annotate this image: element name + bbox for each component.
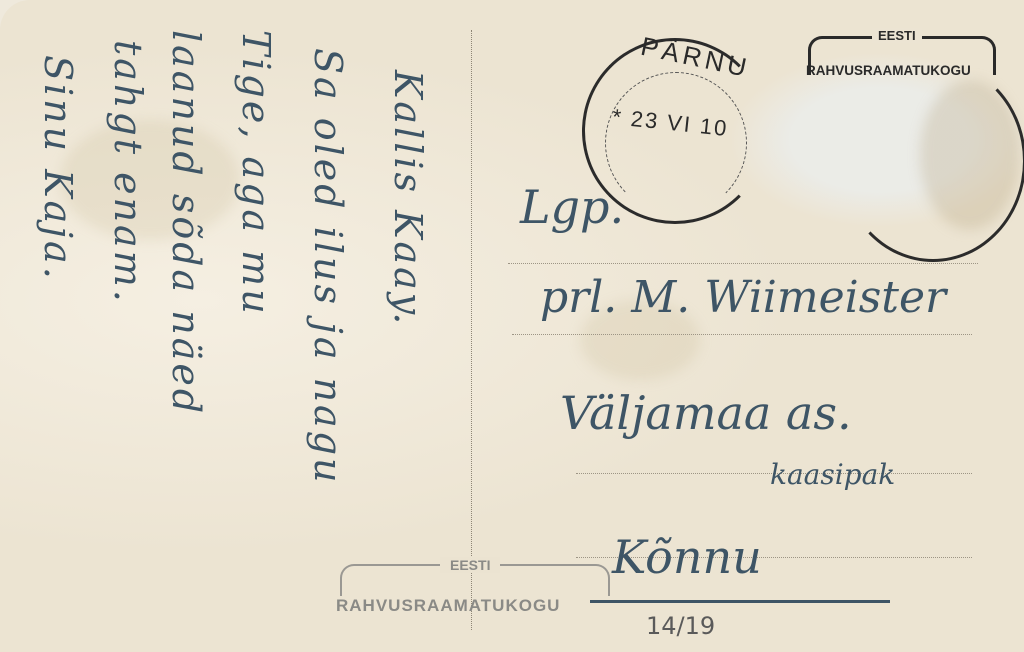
message-line-6: Sinu Kaja.: [36, 55, 80, 282]
message-line-4: laanud sõda näed: [164, 30, 208, 416]
library-stamp-country: EESTI: [872, 28, 922, 43]
address-salutation: Lgp.: [520, 180, 624, 234]
city-underline: [590, 600, 890, 603]
center-divider: [471, 30, 472, 630]
library-stamp-bottom-name: RAHVUSRAAMATUKOGU: [336, 596, 560, 616]
archive-number: 14/19: [646, 612, 715, 640]
postmark-inner-ring: [605, 72, 747, 214]
message-line-3: Tige, aga mu: [234, 30, 278, 317]
message-line-2: Sa oled ilus ja nagu: [306, 48, 350, 486]
address-recipient: prl. M. Wiimeister: [540, 272, 946, 323]
library-stamp-name: RAHVUSRAAMATUKOGU: [806, 63, 971, 78]
message-line-1: Kallis Kaay.: [386, 70, 430, 327]
library-stamp-bottom-country: EESTI: [440, 557, 500, 573]
address-sub-street: kaasipak: [770, 458, 895, 491]
address-line: [512, 334, 972, 335]
message-line-5: tahgt enam.: [106, 40, 150, 305]
address-street: Väljamaa as.: [560, 386, 852, 440]
postcard-back: Kallis Kaay. Sa oled ilus ja nagu Tige, …: [0, 0, 1024, 652]
paper-stain: [60, 120, 240, 240]
address-city: Kõnnu: [612, 530, 762, 584]
address-line: [508, 263, 978, 264]
postmark-second: [840, 60, 1024, 262]
